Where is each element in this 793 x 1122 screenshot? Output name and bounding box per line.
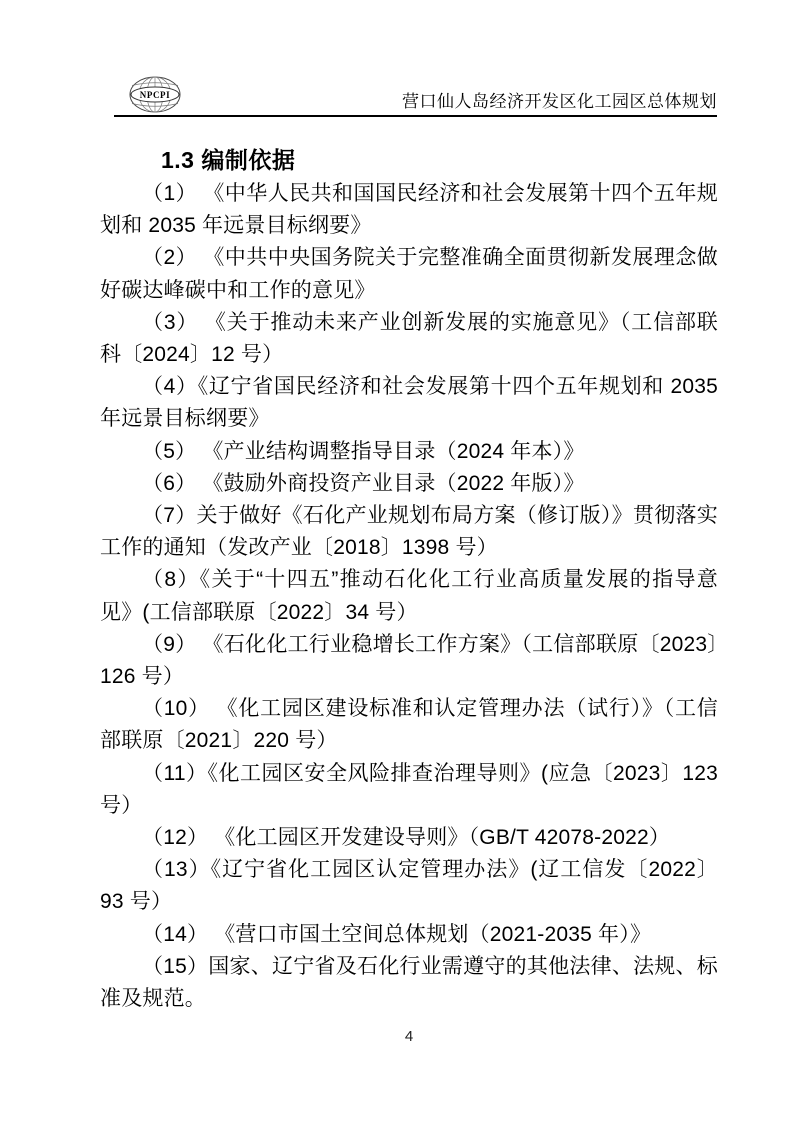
logo-text: NPCPI: [140, 90, 171, 100]
reference-item-5: （5） 《产业结构调整指导目录（2024 年本）》: [100, 436, 718, 468]
reference-item-9: （9） 《石化化工行业稳增长工作方案》（工信部联原〔2023〕126 号）: [100, 629, 718, 693]
header-rule: [114, 115, 717, 117]
reference-item-14: （14） 《营口市国土空间总体规划（2021-2035 年）》: [100, 919, 718, 951]
reference-item-2: （2） 《中共中央国务院关于完整准确全面贯彻新发展理念做好碳达峰碳中和工作的意见…: [100, 242, 718, 306]
reference-item-13: （13）《辽宁省化工园区认定管理办法》(辽工信发〔2022〕93 号）: [100, 854, 718, 918]
reference-item-11: （11）《化工园区安全风险排查治理导则》(应急〔2023〕123 号）: [100, 758, 718, 822]
reference-item-10: （10） 《化工园区建设标准和认定管理办法（试行）》（工信部联原〔2021〕22…: [100, 693, 718, 757]
reference-item-12: （12） 《化工园区开发建设导则》（GB/T 42078-2022）: [100, 822, 718, 854]
reference-item-6: （6） 《鼓励外商投资产业目录（2022 年版）》: [100, 468, 718, 500]
npcpi-globe-logo-icon: NPCPI: [129, 76, 181, 113]
reference-item-15: （15）国家、辽宁省及石化行业需遵守的其他法律、法规、标准及规范。: [100, 951, 718, 1015]
reference-item-8: （8）《关于“十四五”推动石化化工行业高质量发展的指导意见》(工信部联原〔202…: [100, 564, 718, 628]
page-number: 4: [100, 1028, 718, 1045]
reference-item-1: （1） 《中华人民共和国国民经济和社会发展第十四个五年规划和 2035 年远景目…: [100, 178, 718, 242]
reference-list: （1） 《中华人民共和国国民经济和社会发展第十四个五年规划和 2035 年远景目…: [100, 178, 718, 1015]
section-1-3: 1.3 编制依据 （1） 《中华人民共和国国民经济和社会发展第十四个五年规划和 …: [100, 142, 718, 1015]
reference-item-4: （4）《辽宁省国民经济和社会发展第十四个五年规划和 2035 年远景目标纲要》: [100, 371, 718, 435]
section-heading: 1.3 编制依据: [100, 142, 718, 178]
document-page: NPCPI 营口仙人岛经济开发区化工园区总体规划 1.3 编制依据 （1） 《中…: [0, 0, 793, 1122]
reference-item-7: （7）关于做好《石化产业规划布局方案（修订版）》贯彻落实工作的通知（发改产业〔2…: [100, 500, 718, 564]
header-document-title: 营口仙人岛经济开发区化工园区总体规划: [402, 92, 717, 112]
reference-item-3: （3） 《关于推动未来产业创新发展的实施意见》（工信部联科〔2024〕12 号）: [100, 307, 718, 371]
